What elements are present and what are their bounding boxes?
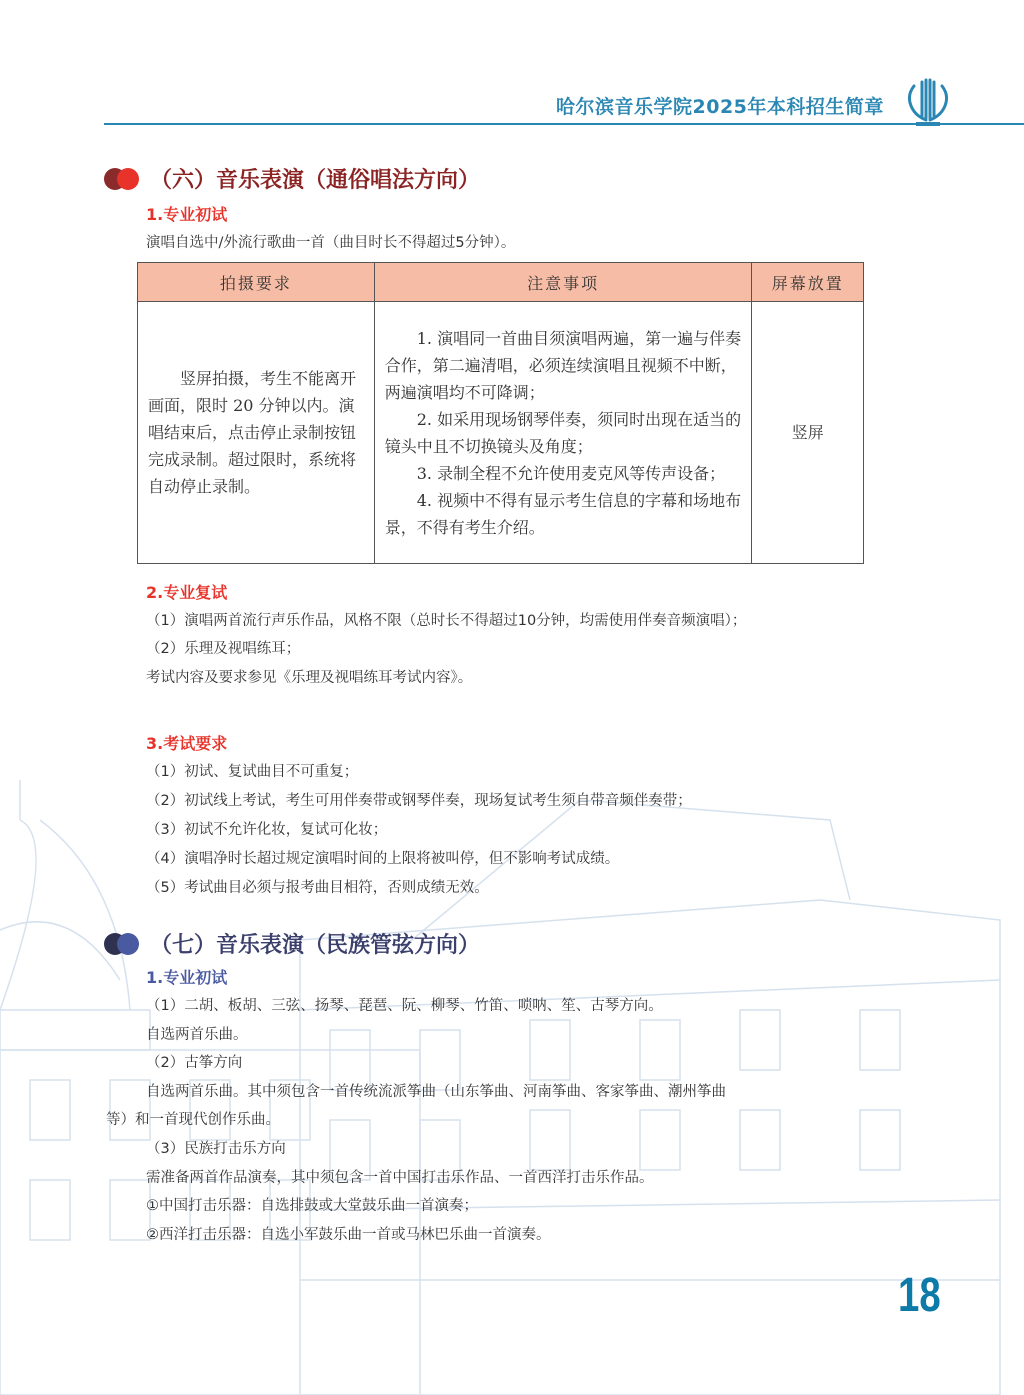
table-header-screen: 屏幕放置	[752, 263, 864, 302]
prelim-line: 等）和一首现代创作乐曲。	[106, 1108, 280, 1129]
section-6-title: （六）音乐表演（通俗唱法方向）	[104, 163, 480, 194]
note-item: 2. 如采用现场钢琴伴奏，须同时出现在适当的镜头中且不切换镜头及角度；	[385, 406, 742, 460]
section-bullet-icon	[104, 168, 140, 190]
section-7-title-text: （七）音乐表演（民族管弦方向）	[150, 928, 480, 959]
prelim-line: 自选两首乐曲。其中须包含一首传统流派筝曲（山东筝曲、河南筝曲、客家筝曲、潮州筝曲	[146, 1080, 726, 1101]
section-7-title: （七）音乐表演（民族管弦方向）	[104, 928, 480, 959]
requirement-item: （1）初试、复试曲目不可重复；	[146, 760, 358, 781]
section-6-retest-heading: 2.专业复试	[146, 580, 227, 603]
header-divider	[104, 123, 1024, 125]
prelim-line: （3）民族打击乐方向	[146, 1137, 286, 1158]
retest-note: 考试内容及要求参见《乐理及视唱练耳考试内容》。	[146, 666, 472, 687]
prelim-line: 需准备两首作品演奏，其中须包含一首中国打击乐作品、一首西洋打击乐作品。	[146, 1166, 654, 1187]
prelim-line: 自选两首乐曲。	[146, 1023, 248, 1044]
shooting-requirement-cell: 竖屏拍摄，考生不能离开画面，限时 20 分钟以内。演唱结束后，点击停止录制按钮完…	[138, 302, 375, 564]
requirement-item: （2）初试线上考试，考生可用伴奏带或钢琴伴奏，现场复试考生须自带音频伴奏带；	[146, 789, 692, 810]
page-number: 18	[898, 1268, 941, 1323]
retest-item: （1）演唱两首流行声乐作品，风格不限（总时长不得超过10分钟，均需使用伴奏音频演…	[146, 609, 746, 630]
screen-orientation-cell: 竖屏	[752, 302, 864, 564]
recording-requirements-table: 拍摄要求 注意事项 屏幕放置 竖屏拍摄，考生不能离开画面，限时 20 分钟以内。…	[137, 262, 864, 564]
notes-cell: 1. 演唱同一首曲目须演唱两遍，第一遍与伴奏合作，第二遍清唱，必须连续演唱且视频…	[374, 302, 752, 564]
page: 哈尔滨音乐学院2025年本科招生简章 （六）音乐表演（通俗唱法方向） 1.专业初…	[0, 0, 1024, 1395]
requirement-item: （5）考试曲目必须与报考曲目相符，否则成绩无效。	[146, 876, 489, 897]
prelim-line: （2）古筝方向	[146, 1051, 242, 1072]
requirement-item: （4）演唱净时长超过规定演唱时间的上限将被叫停，但不影响考试成绩。	[146, 847, 619, 868]
lyre-logo-icon	[906, 76, 950, 128]
section-6-prelim-heading: 1.专业初试	[146, 202, 227, 225]
note-item: 1. 演唱同一首曲目须演唱两遍，第一遍与伴奏合作，第二遍清唱，必须连续演唱且视频…	[385, 325, 742, 406]
requirement-item: （3）初试不允许化妆，复试可化妆；	[146, 818, 387, 839]
table-header-shooting: 拍摄要求	[138, 263, 375, 302]
shooting-requirement-text: 竖屏拍摄，考生不能离开画面，限时 20 分钟以内。演唱结束后，点击停止录制按钮完…	[148, 365, 364, 500]
table-header-notes: 注意事项	[374, 263, 752, 302]
note-item: 3. 录制全程不允许使用麦克风等传声设备；	[385, 460, 742, 487]
table-row: 竖屏拍摄，考生不能离开画面，限时 20 分钟以内。演唱结束后，点击停止录制按钮完…	[138, 302, 864, 564]
section-bullet-icon	[104, 933, 140, 955]
prelim-line: （1）二胡、板胡、三弦、扬琴、琵琶、阮、柳琴、竹笛、唢呐、笙、古琴方向。	[146, 994, 663, 1015]
prelim-line: ②西洋打击乐器：自选小军鼓乐曲一首或马林巴乐曲一首演奏。	[146, 1223, 551, 1244]
section-6-requirements-heading: 3.考试要求	[146, 731, 227, 754]
retest-item: （2）乐理及视唱练耳；	[146, 637, 300, 658]
table-header-row: 拍摄要求 注意事项 屏幕放置	[138, 263, 864, 302]
note-item: 4. 视频中不得有显示考生信息的字幕和场地布景，不得有考生介绍。	[385, 487, 742, 541]
section-6-title-text: （六）音乐表演（通俗唱法方向）	[150, 163, 480, 194]
prelim-line: ①中国打击乐器：自选排鼓或大堂鼓乐曲一首演奏；	[146, 1194, 478, 1215]
section-6-prelim-text: 演唱自选中/外流行歌曲一首（曲目时长不得超过5分钟）。	[146, 231, 515, 252]
section-7-prelim-heading: 1.专业初试	[146, 965, 227, 988]
brochure-title: 哈尔滨音乐学院2025年本科招生简章	[556, 92, 884, 119]
